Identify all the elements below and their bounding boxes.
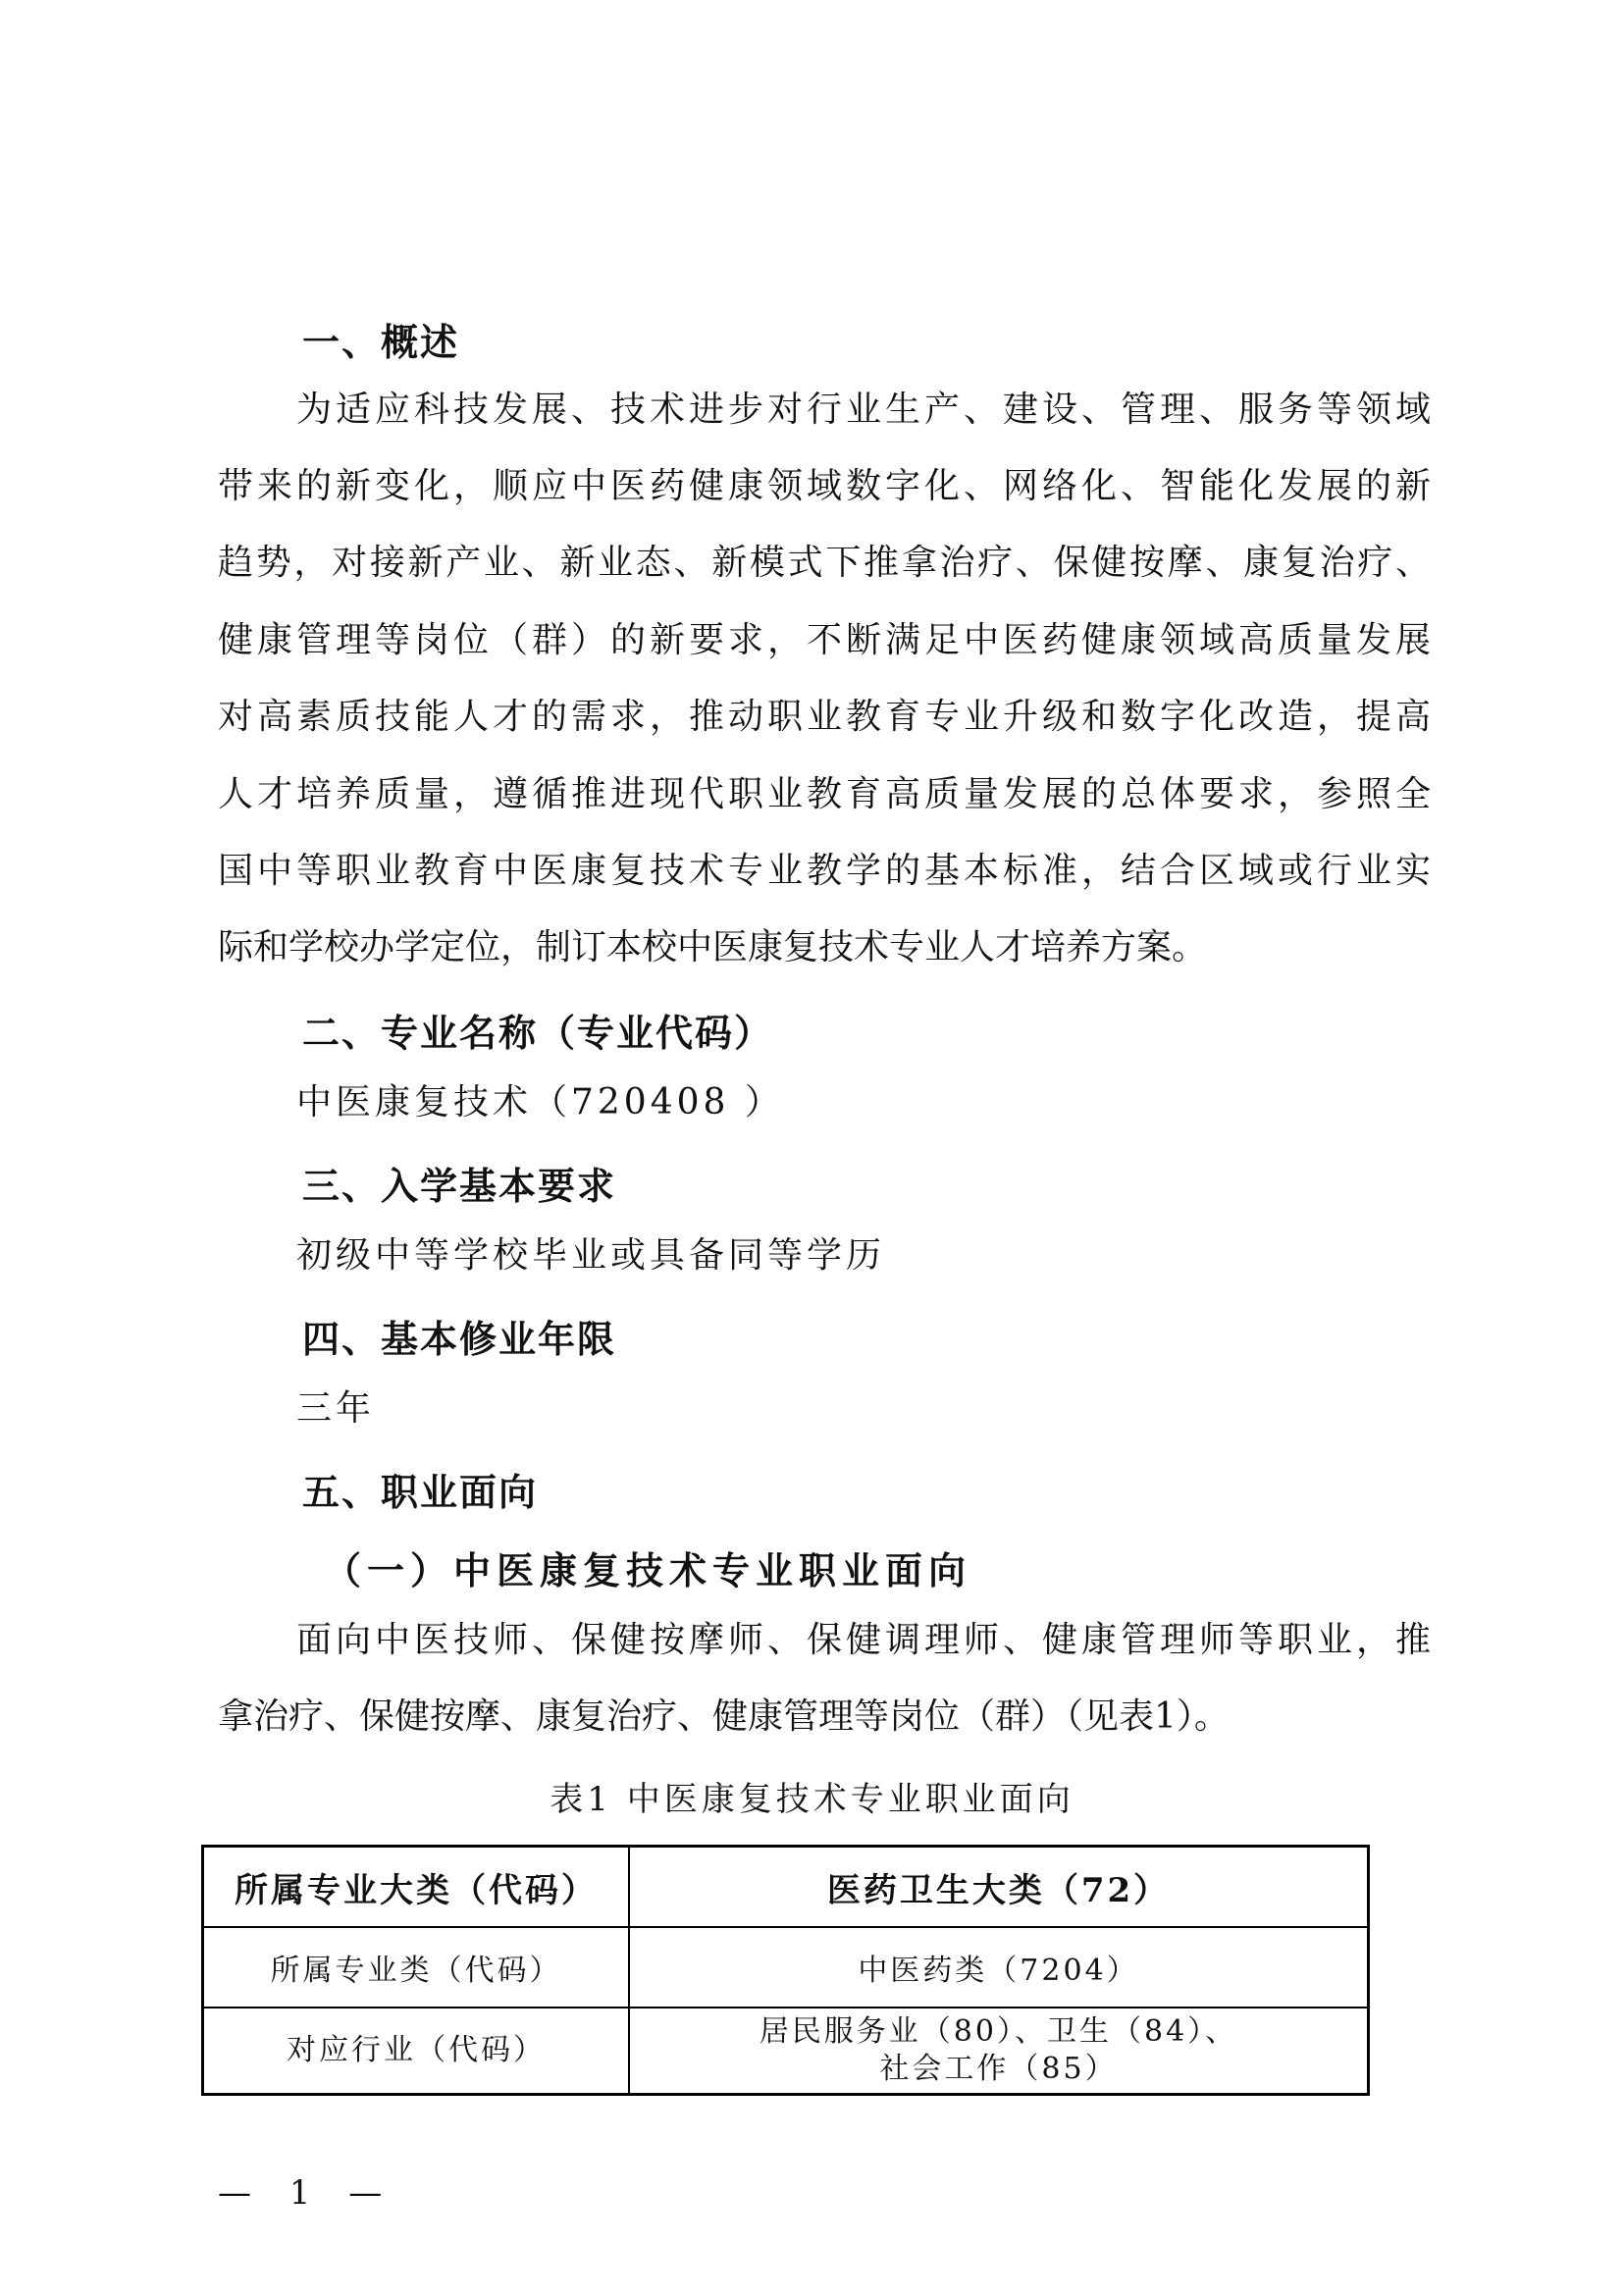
paragraph-line: 健康管理等岗位（群）的新要求，不断满足中医药健康领域高质量发展 [218,621,1431,660]
paragraph-line: 拿治疗、保健按摩、康复治疗、健康管理等岗位（群）（见表1）。 [218,1697,1431,1737]
section-heading-admission: 三、入学基本要求 [302,1156,616,1210]
admission-value: 初级中等学校毕业或具备同等学历 [296,1236,885,1276]
major-name-value: 中医康复技术（720408 ） [296,1083,784,1122]
table-cell-value: 居民服务业（80）、卫生（84）、 社会工作（85） [629,2008,1369,2095]
table-cell-label: 对应行业（代码） [203,2008,630,2095]
table-cell-value: 中医药类（7204） [629,1927,1369,2008]
career-orientation-table: 所属专业大类（代码） 医药卫生大类（72） 所属专业类（代码） 中医药类（720… [201,1845,1370,2096]
paragraph-line: 趋势，对接新产业、新业态、新模式下推拿治疗、保健按摩、康复治疗、 [218,544,1431,583]
table-cell-value: 医药卫生大类（72） [629,1847,1369,1928]
table-cell-label: 所属专业大类（代码） [203,1847,630,1928]
table-row: 所属专业类（代码） 中医药类（7204） [203,1927,1369,2008]
paragraph-line: 国中等职业教育中医康复技术专业教学的基本标准，结合区域或行业实 [218,852,1431,891]
paragraph-line: 对高素质技能人才的需求，推动职业教育专业升级和数字化改造，提高 [218,698,1431,737]
document-page: 一、概述 为适应科技发展、技术进步对行业生产、建设、管理、服务等领域 带来的新变… [0,0,1624,2295]
paragraph-line: 人才培养质量，遵循推进现代职业教育高质量发展的总体要求，参照全 [218,775,1431,814]
paragraph-line: 面向中医技师、保健按摩师、保健调理师、健康管理师等职业，推 [296,1621,1431,1660]
table-row: 所属专业大类（代码） 医药卫生大类（72） [203,1847,1369,1928]
paragraph-line: 为适应科技发展、技术进步对行业生产、建设、管理、服务等领域 [296,391,1431,430]
section-heading-overview: 一、概述 [302,312,459,366]
section-heading-duration: 四、基本修业年限 [302,1309,616,1363]
table-cell-value-line: 社会工作（85） [640,2051,1357,2088]
table-cell-label: 所属专业类（代码） [203,1927,630,2008]
section-heading-career: 五、职业面向 [302,1462,538,1516]
table-cell-value-line: 居民服务业（80）、卫生（84）、 [640,2013,1357,2051]
table-caption: 表1 中医康复技术专业职业面向 [0,1772,1624,1820]
page-number: — 1 — [218,2173,395,2213]
table-row: 对应行业（代码） 居民服务业（80）、卫生（84）、 社会工作（85） [203,2008,1369,2095]
paragraph-line: 际和学校办学定位，制订本校中医康复技术专业人才培养方案。 [218,928,1431,967]
subsection-heading-career-orientation: （一）中医康复技术专业职业面向 [324,1540,971,1594]
section-heading-major-name: 二、专业名称（专业代码） [302,1003,773,1057]
paragraph-line: 带来的新变化，顺应中医药健康领域数字化、网络化、智能化发展的新 [218,467,1431,506]
duration-value: 三年 [296,1389,375,1429]
